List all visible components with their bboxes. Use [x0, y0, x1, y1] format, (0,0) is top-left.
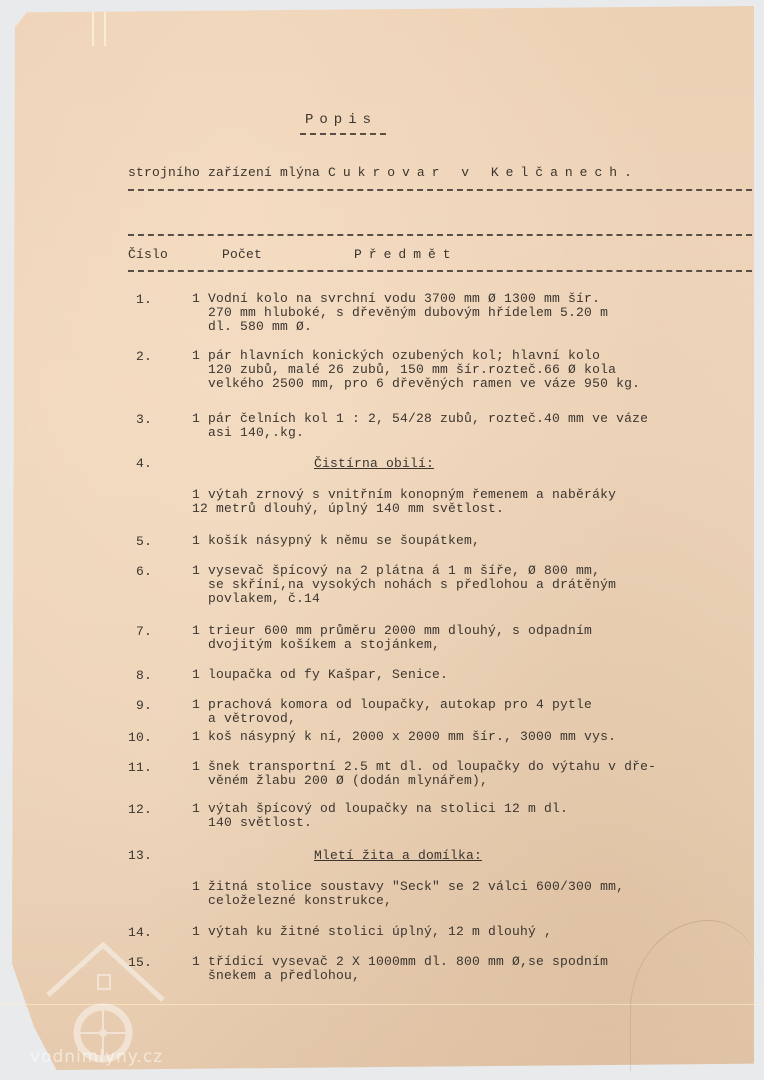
- header-rule-top: [128, 234, 752, 236]
- column-header-count: Počet: [222, 247, 262, 262]
- subtitle-prefix: strojního zařízení mlýna: [128, 165, 320, 180]
- watermark-text: vodnimlyny.cz: [30, 1047, 163, 1067]
- item-description: 1 Vodní kolo na svrchní vodu 3700 mm Ø 1…: [192, 292, 752, 334]
- item-description: 1 loupačka od fy Kašpar, Senice.: [192, 668, 752, 682]
- subtitle-mill-name: Cukrovar v Kelčanech.: [328, 165, 639, 180]
- item-description: 1 prachová komora od loupačky, autokap p…: [192, 698, 752, 726]
- document-title: Popis: [305, 112, 377, 128]
- item-number: 11.: [100, 760, 152, 775]
- item-number: 10.: [100, 730, 152, 745]
- document-subtitle: strojního zařízení mlýna Cukrovar v Kelč…: [128, 165, 639, 180]
- item-number: 7.: [100, 624, 152, 639]
- item-description: 1 trieur 600 mm průměru 2000 mm dlouhý, …: [192, 624, 752, 652]
- item-description: 1 výtah špícový od loupačky na stolici 1…: [192, 802, 752, 830]
- item-description: 1 vysevač špícový na 2 plátna á 1 m šíře…: [192, 564, 752, 606]
- item-description: 1 pár hlavních konických ozubených kol; …: [192, 349, 752, 391]
- section-heading: Čistírna obilí:: [314, 456, 434, 471]
- column-header-subject: Předmět: [354, 247, 458, 262]
- item-description: 1 třídicí vysevač 2 X 1000mm dl. 800 mm …: [192, 955, 752, 983]
- column-header-number: Číslo: [128, 247, 168, 262]
- item-description: 1 výtah zrnový s vnitřním konopným řemen…: [192, 488, 752, 516]
- item-description: 1 pár čelních kol 1 : 2, 54/28 zubů, roz…: [192, 412, 752, 440]
- item-number: 6.: [100, 564, 152, 579]
- item-number: 2.: [100, 349, 152, 364]
- section-heading: Mletí žita a domílka:: [314, 848, 482, 863]
- item-number: 13.: [100, 848, 152, 863]
- item-description: 1 koš násypný k ní, 2000 x 2000 mm šír.,…: [192, 730, 752, 744]
- item-number: 8.: [100, 668, 152, 683]
- title-underline: [300, 133, 386, 135]
- item-number: 3.: [100, 412, 152, 427]
- subtitle-rule: [128, 189, 752, 191]
- item-description: 1 žitná stolice soustavy "Seck" se 2 vál…: [192, 880, 752, 908]
- item-description: 1 výtah ku žitné stolici úplný, 12 m dlo…: [192, 925, 752, 939]
- item-description: 1 šnek transportní 2.5 mt dl. od loupačk…: [192, 760, 752, 788]
- item-number: 1.: [100, 292, 152, 307]
- paper-crease: [104, 6, 106, 46]
- header-rule-bottom: [128, 270, 752, 272]
- item-description: 1 košík násypný k němu se šoupátkem,: [192, 534, 752, 548]
- item-number: 5.: [100, 534, 152, 549]
- item-number: 4.: [100, 456, 152, 471]
- item-number: 9.: [100, 698, 152, 713]
- item-number: 12.: [100, 802, 152, 817]
- paper-crease: [92, 6, 94, 46]
